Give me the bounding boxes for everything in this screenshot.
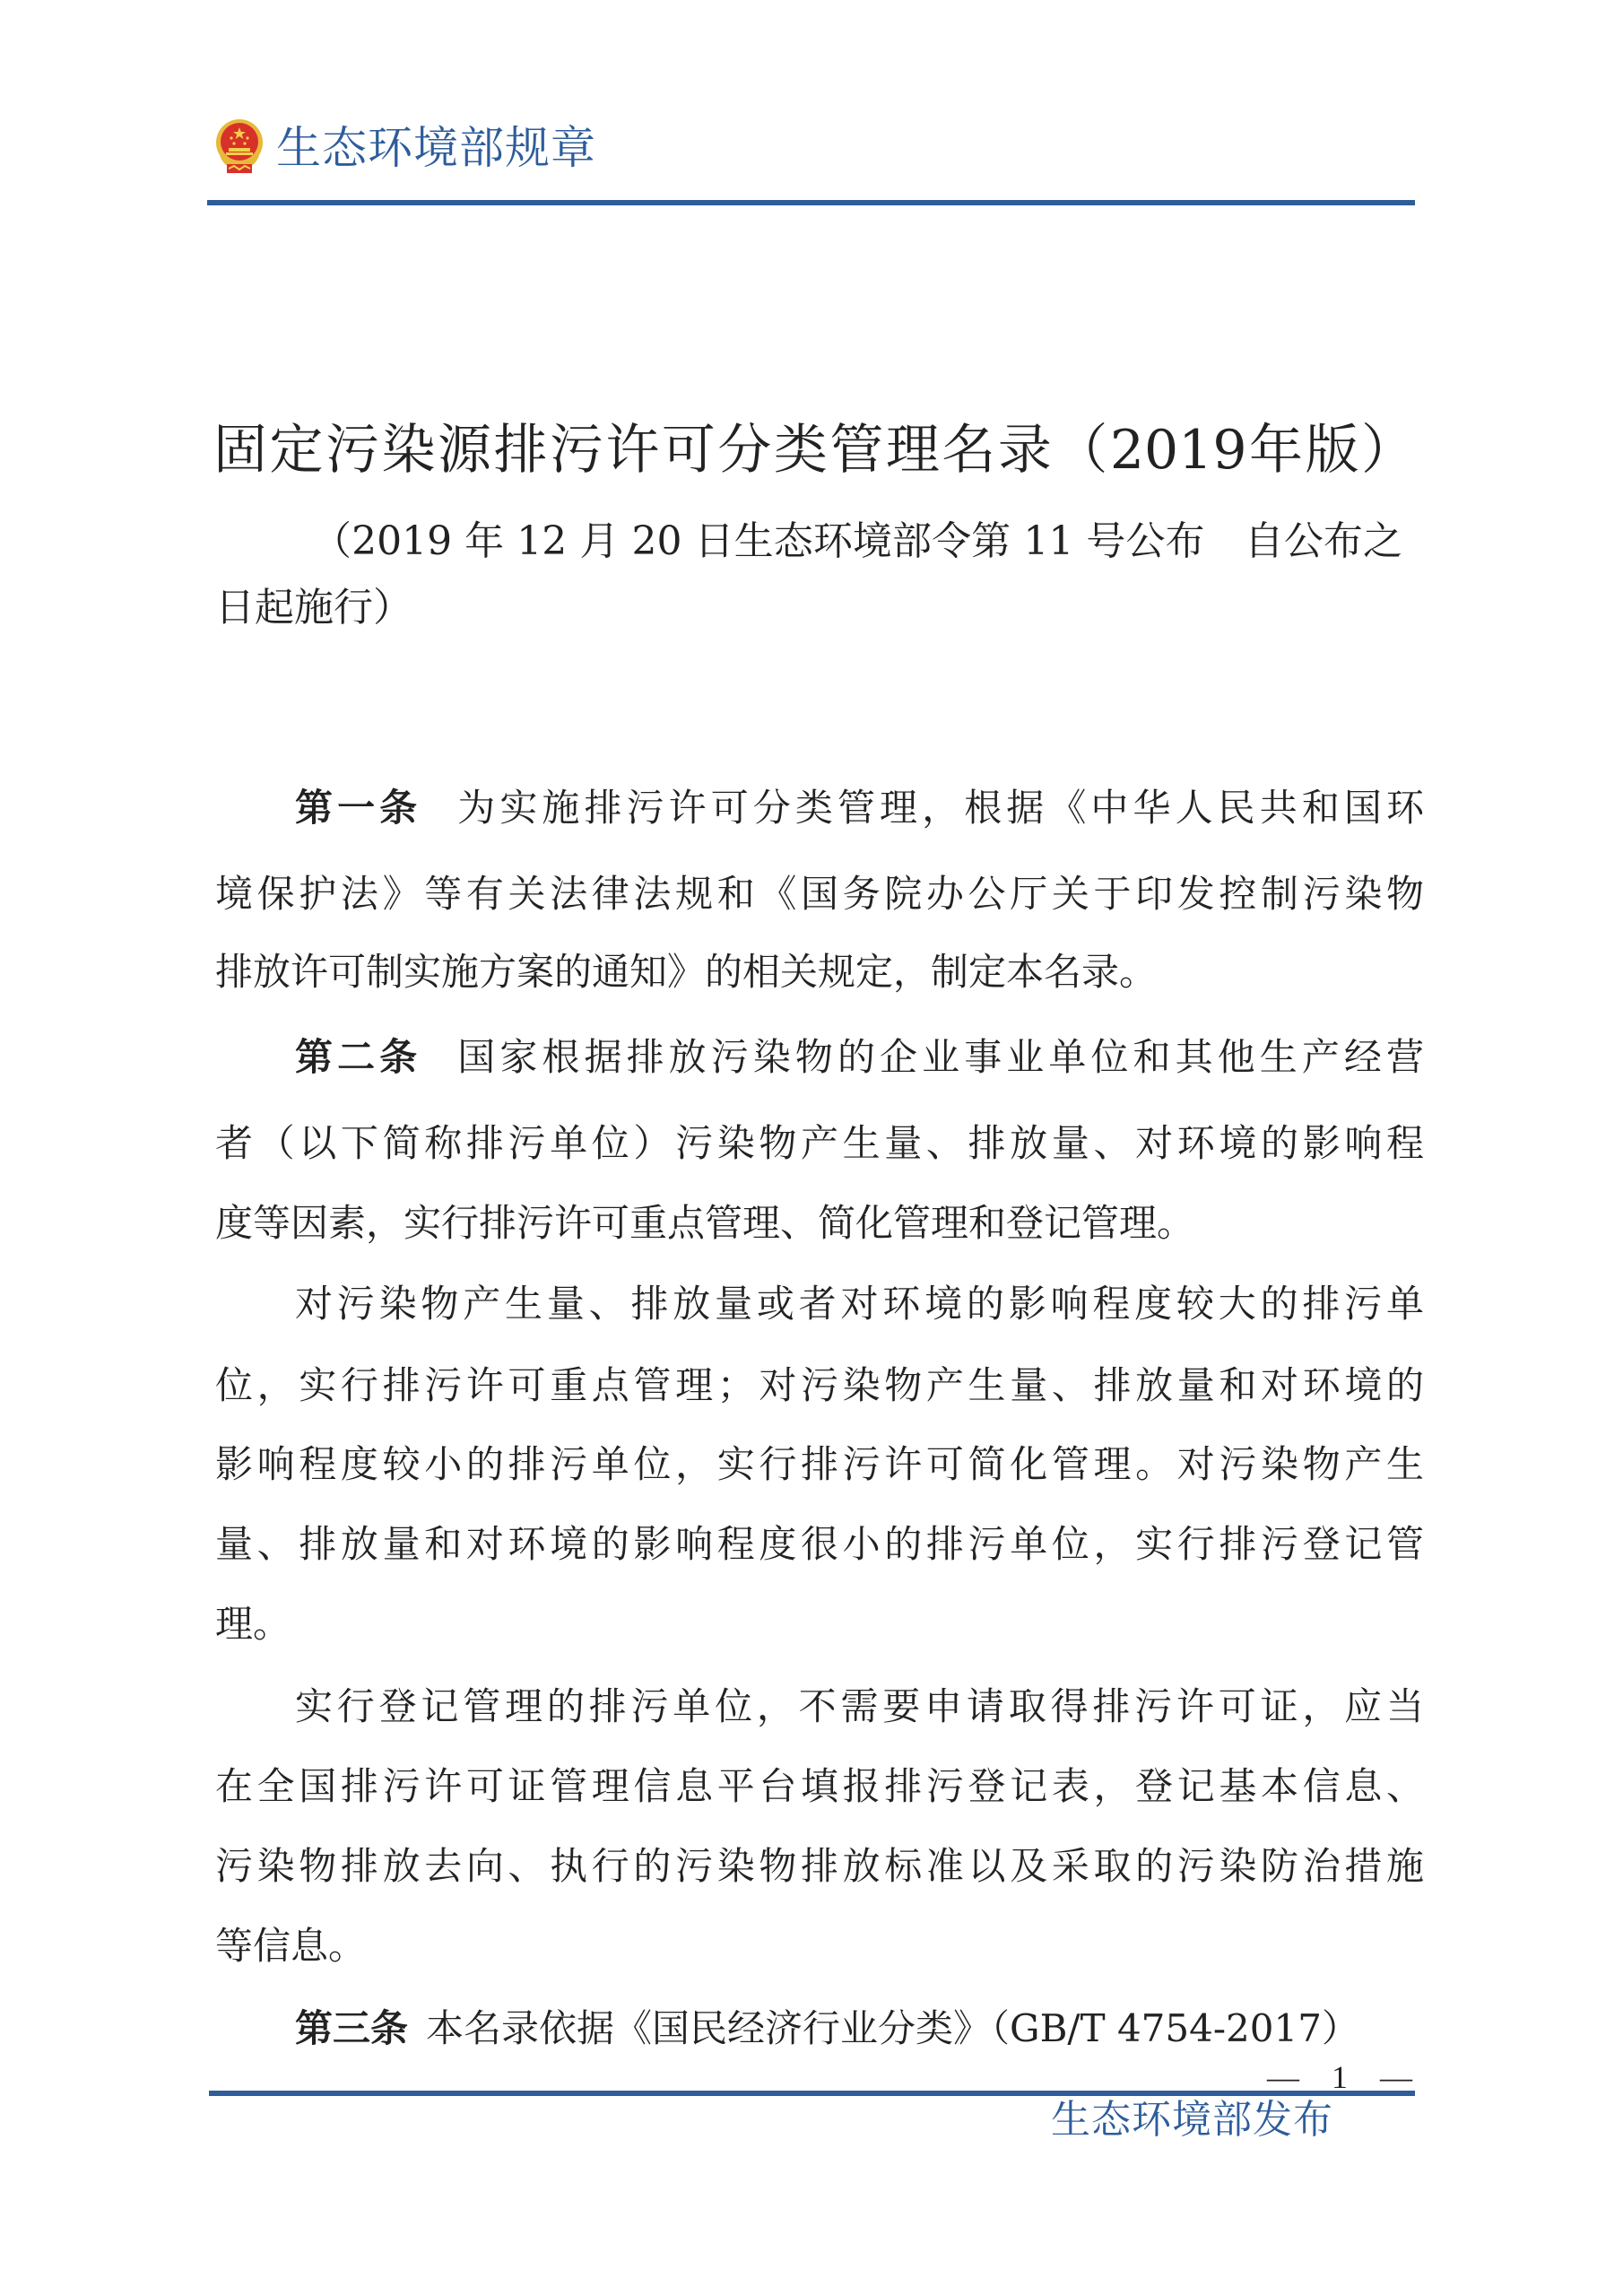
article-label: 第二条 [295, 1035, 421, 1079]
document-title: 固定污染源排污许可分类管理名录（2019年版） [213, 414, 1415, 486]
document-subtitle-line-1: （2019 年 12 月 20 日生态环境部令第 11 号公布 自公布之 [312, 515, 1402, 569]
article-text: 国家根据排放污染物的企业事业单位和其他生产经营 [457, 1035, 1424, 1079]
paragraph-1-line-1: 对污染物产生量、排放量或者对环境的影响程度较大的排污单 [295, 1273, 1424, 1335]
paragraph-1-line-4: 量、排放量和对环境的影响程度很小的排污单位，实行排污登记管 [215, 1513, 1424, 1576]
header-divider [207, 200, 1415, 205]
paragraph-2-line-3: 污染物排放去向、执行的污染物排放标准以及采取的污染防治措施 [215, 1835, 1424, 1898]
document-subtitle-line-2: 日起施行） [215, 581, 412, 635]
paragraph-1-line-3: 影响程度较小的排污单位，实行排污许可简化管理。对污染物产生 [215, 1433, 1424, 1496]
article-text: 本名录依据《国民经济行业分类》（GB/T 4754-2017） [426, 2006, 1359, 2050]
page-number: — 1 — [1267, 2059, 1412, 2095]
header-title: 生态环境部规章 [276, 118, 596, 178]
article-label: 第一条 [295, 786, 421, 830]
paragraph-2-line-4: 等信息。 [215, 1915, 1424, 1978]
article-text: 为实施排污许可分类管理，根据《中华人民共和国环 [457, 786, 1424, 830]
article-1-line-3: 排放许可制实施方案的通知》的相关规定，制定本名录。 [215, 941, 1424, 1004]
article-label: 第三条 [295, 2006, 408, 2050]
article-2-line-2: 者（以下简称排污单位）污染物产生量、排放量、对环境的影响程 [215, 1112, 1424, 1175]
article-3-line-1: 第三条本名录依据《国民经济行业分类》（GB/T 4754-2017） [295, 1997, 1424, 2060]
national-emblem-icon [214, 119, 265, 175]
paragraph-1-line-2: 位，实行排污许可重点管理；对污染物产生量、排放量和对环境的 [215, 1354, 1424, 1417]
paragraph-1-line-5: 理。 [215, 1593, 1424, 1656]
paragraph-2-line-2: 在全国排污许可证管理信息平台填报排污登记表，登记基本信息、 [215, 1755, 1424, 1818]
article-1-line-1: 第一条为实施排污许可分类管理，根据《中华人民共和国环 [295, 777, 1424, 839]
article-2-line-3: 度等因素，实行排污许可重点管理、简化管理和登记管理。 [215, 1192, 1424, 1255]
article-1-line-2: 境保护法》等有关法律法规和《国务院办公厅关于印发控制污染物 [215, 863, 1424, 926]
footer-publisher: 生态环境部发布 [1051, 2095, 1333, 2145]
paragraph-2-line-1: 实行登记管理的排污单位，不需要申请取得排污许可证，应当 [295, 1675, 1424, 1738]
article-2-line-1: 第二条国家根据排放污染物的企业事业单位和其他生产经营 [295, 1026, 1424, 1089]
